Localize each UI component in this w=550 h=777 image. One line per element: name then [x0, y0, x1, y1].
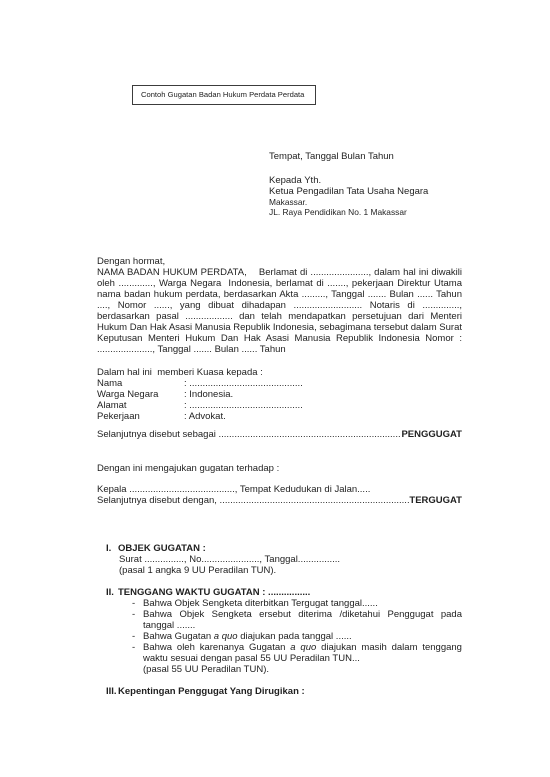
document-body: Dengan hormat, NAMA BADAN HUKUM PERDATA,…	[97, 256, 462, 708]
penggugat-leader: Selanjutnya disebut sebagai ............…	[97, 429, 401, 440]
text-segment: a quo	[290, 642, 316, 653]
kuasa-label: Nama	[97, 378, 184, 389]
kuasa-label: Warga Negara	[97, 389, 184, 400]
tergugat-block: Kepala .................................…	[97, 484, 462, 506]
text-segment: Bahwa Objek Sengketa diterbitkan Terguga…	[143, 598, 378, 609]
section-title: Kepentingan Penggugat Yang Dirugikan :	[118, 686, 305, 697]
bullet-text: (pasal 55 UU Peradilan TUN).	[143, 664, 462, 675]
kuasa-value: : ......................................…	[184, 378, 303, 389]
bullet-text: Bahwa oleh karenanya Gugatan a quo diaju…	[143, 642, 462, 664]
section-header: I.OBJEK GUGATAN :	[106, 543, 462, 554]
tergugat-prefix: Selanjutnya disebut dengan,	[97, 495, 220, 506]
section-numeral: III.	[106, 686, 118, 697]
section-header: II.TENGGANG WAKTU GUGATAN : ............…	[106, 587, 462, 598]
bullet-marker: -	[132, 642, 143, 664]
section-title: TENGGANG WAKTU GUGATAN : ...............…	[118, 587, 310, 598]
document-page: Contoh Gugatan Badan Hukum Perdata Perda…	[0, 0, 550, 777]
text-segment: diajukan pada tanggal ......	[238, 631, 352, 642]
bullet-item: (pasal 55 UU Peradilan TUN).	[132, 664, 462, 675]
kuasa-label: Alamat	[97, 400, 184, 411]
text-segment: Bahwa Gugatan	[143, 631, 214, 642]
document-label-box: Contoh Gugatan Badan Hukum Perdata Perda…	[132, 85, 316, 105]
section-title: OBJEK GUGATAN :	[118, 543, 206, 554]
tergugat-leader: Selanjutnya disebut dengan, ............…	[97, 495, 409, 506]
penggugat-term: PENGGUGAT	[401, 429, 462, 440]
letterhead-line: Tempat, Tanggal Bulan Tahun	[269, 151, 489, 162]
text-segment: a quo	[214, 631, 238, 642]
section: II.TENGGANG WAKTU GUGATAN : ............…	[97, 587, 462, 675]
leader-dots: ........................................…	[220, 495, 410, 506]
bullet-marker: -	[132, 631, 143, 642]
bullet-text: Bahwa Objek Sengketa ersebut diterima /d…	[143, 609, 462, 631]
letterhead: Tempat, Tanggal Bulan TahunKepada Yth.Ke…	[269, 151, 489, 217]
penggugat-prefix: Selanjutnya disebut sebagai	[97, 429, 218, 440]
kuasa-value: : ......................................…	[184, 400, 303, 411]
bullet-marker	[132, 664, 143, 675]
letterhead-line: JL. Raya Pendidikan No. 1 Makassar	[269, 207, 489, 217]
leader-dots: ........................................…	[218, 429, 401, 440]
kuasa-row: Alamat: ................................…	[97, 400, 462, 411]
bullet-text: Bahwa Objek Sengketa diterbitkan Terguga…	[143, 598, 462, 609]
section-line: Surat ..............., No...............…	[119, 554, 462, 565]
tergugat-term: TERGUGAT	[409, 495, 462, 506]
section-header: III.Kepentingan Penggugat Yang Dirugikan…	[106, 686, 462, 697]
bullet-marker: -	[132, 609, 143, 631]
sections: I.OBJEK GUGATAN :Surat ..............., …	[97, 543, 462, 697]
section: III.Kepentingan Penggugat Yang Dirugikan…	[97, 686, 462, 697]
kuasa-row: Nama: ..................................…	[97, 378, 462, 389]
bullet-text: Bahwa Gugatan a quo diajukan pada tangga…	[143, 631, 462, 642]
text-segment: Bahwa oleh karenanya Gugatan	[143, 642, 290, 653]
letterhead-line: Kepada Yth.	[269, 175, 489, 186]
kuasa-value: : Advokat.	[184, 411, 226, 422]
bullet-item: -Bahwa oleh karenanya Gugatan a quo diaj…	[132, 642, 462, 664]
bullet-item: -Bahwa Objek Sengketa diterbitkan Tergug…	[132, 598, 462, 609]
text-segment: (pasal 55 UU Peradilan TUN).	[143, 664, 269, 675]
letterhead-line: Ketua Pengadilan Tata Usaha Negara	[269, 186, 489, 197]
bullet-item: -Bahwa Objek Sengketa ersebut diterima /…	[132, 609, 462, 631]
penggugat-line: Selanjutnya disebut sebagai ............…	[97, 429, 462, 440]
text-segment: Bahwa Objek Sengketa ersebut diterima /d…	[143, 609, 462, 631]
kuasa-table: Nama: ..................................…	[97, 378, 462, 422]
kuasa-value: : Indonesia.	[184, 389, 233, 400]
section-numeral: I.	[106, 543, 118, 554]
opening-paragraph: NAMA BADAN HUKUM PERDATA, Berlamat di ..…	[97, 267, 462, 355]
kuasa-row: Pekerjaan: Advokat.	[97, 411, 462, 422]
kuasa-label: Pekerjaan	[97, 411, 184, 422]
letterhead-line: Makassar.	[269, 197, 489, 207]
kuasa-row: Warga Negara: Indonesia.	[97, 389, 462, 400]
salutation: Dengan hormat,	[97, 256, 462, 267]
tergugat-line1: Kepala .................................…	[97, 484, 462, 495]
section: I.OBJEK GUGATAN :Surat ..............., …	[97, 543, 462, 576]
section-line: (pasal 1 angka 9 UU Peradilan TUN).	[119, 565, 462, 576]
bullet-item: -Bahwa Gugatan a quo diajukan pada tangg…	[132, 631, 462, 642]
gugatan-intro: Dengan ini mengajukan gugatan terhadap :	[97, 463, 462, 474]
kuasa-intro: Dalam hal ini memberi Kuasa kepada :	[97, 367, 462, 378]
section-numeral: II.	[106, 587, 118, 598]
tergugat-line2: Selanjutnya disebut dengan, ............…	[97, 495, 462, 506]
bullet-marker: -	[132, 598, 143, 609]
document-label: Contoh Gugatan Badan Hukum Perdata Perda…	[141, 91, 304, 99]
